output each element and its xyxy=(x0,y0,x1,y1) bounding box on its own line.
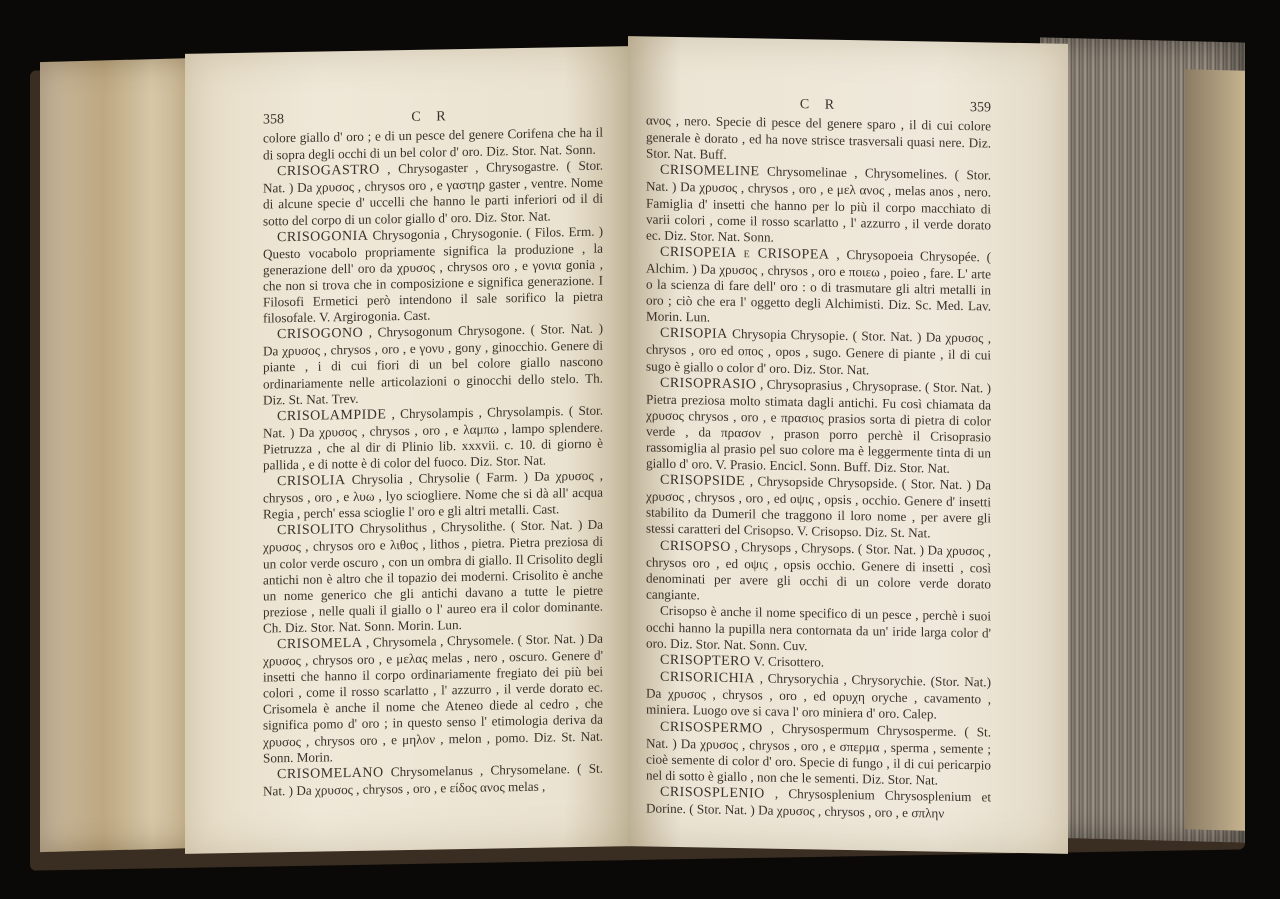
headword: CRISOPSIDE xyxy=(660,473,745,489)
headword: CRISOMELA xyxy=(277,636,362,652)
headword: CRISOLIA xyxy=(277,473,346,489)
right-page-text: C R 359 ανος , nero. Specie di pesce del… xyxy=(646,94,991,822)
headword: CRISOPIA xyxy=(660,326,728,342)
headword: CRISOPTERO xyxy=(660,653,751,670)
headword: CRISOLAMPIDE xyxy=(277,407,386,424)
entry: CRISOPSIDE , Chrysopside Chrysopside. ( … xyxy=(646,472,991,543)
headword: CRISOGONO xyxy=(277,326,363,343)
headword: CRISOPRASIO xyxy=(660,375,757,392)
entry: CRISOPSO , Chrysops , Chrysops. ( Stor. … xyxy=(646,537,991,608)
entry: CRISOMELANO Chrysomelanus , Chrysomelane… xyxy=(263,760,603,799)
page-number: 358 xyxy=(263,112,284,128)
right-page: C R 359 ανος , nero. Specie di pesce del… xyxy=(628,36,1068,854)
entry: CRISOGASTRO , Chrysogaster , Chrysogastr… xyxy=(263,158,603,229)
entry: CRISOLAMPIDE , Chrysolampis , Chrysolamp… xyxy=(263,402,603,473)
entry: CRISOMELA , Chrysomela , Chrysomele. ( S… xyxy=(263,631,603,767)
headword: CRISOSPLENIO xyxy=(660,785,765,802)
entry: CRISORICHIA , Chrysorychia , Chrysorychi… xyxy=(646,669,991,724)
entry: CRISOLIA Chrysolia , Chrysolie ( Farm. )… xyxy=(263,468,603,523)
entry: ανος , nero. Specie di pesce del genere … xyxy=(646,113,991,168)
entry: CRISOPEIA e CRISOPEA , Chrysopoeia Chrys… xyxy=(646,243,991,330)
entry: CRISOGONO , Chrysogonum Chrysogone. ( St… xyxy=(263,321,603,408)
headword: CRISOGONIA xyxy=(277,228,368,245)
open-book: 358 C R colore giallo d' oro ; e di un p… xyxy=(0,0,1280,899)
headword: CRISOPSO xyxy=(660,538,731,554)
left-page-text: 358 C R colore giallo d' oro ; e di un p… xyxy=(263,107,603,800)
headword: CRISOMELINE xyxy=(660,163,760,180)
entry: CRISOLITO Chrysolithus , Chrysolithe. ( … xyxy=(263,517,603,637)
back-cover-edge xyxy=(1185,69,1245,831)
entry: Crisopso è anche il nome specifico di un… xyxy=(646,602,991,657)
entry: CRISOSPLENIO , Chrysosplenium Chrysosple… xyxy=(646,783,991,822)
entry: CRISOMELINE Chrysomelinae , Chrysomeline… xyxy=(646,162,991,249)
headword: CRISORICHIA xyxy=(660,670,755,687)
headword: CRISOPEIA e CRISOPEA xyxy=(660,245,830,263)
page-number: 359 xyxy=(970,100,991,116)
entry: CRISOPRASIO , Chrysoprasius , Chrysopras… xyxy=(646,374,991,478)
left-page: 358 C R colore giallo d' oro ; e di un p… xyxy=(185,46,630,854)
headword: CRISOLITO xyxy=(277,522,354,538)
left-page-block-edge xyxy=(40,58,200,852)
headword: CRISOMELANO xyxy=(277,765,384,782)
entry: CRISOSPERMO , Chrysospermum Chrysosperme… xyxy=(646,718,991,789)
entry: CRISOGONIA Chrysogonia , Chrysogonie. ( … xyxy=(263,223,603,326)
headword: CRISOGASTRO xyxy=(277,163,380,180)
entry: CRISOPIA Chrysopia Chrysopie. ( Stor. Na… xyxy=(646,325,991,380)
headword: CRISOSPERMO xyxy=(660,719,763,736)
